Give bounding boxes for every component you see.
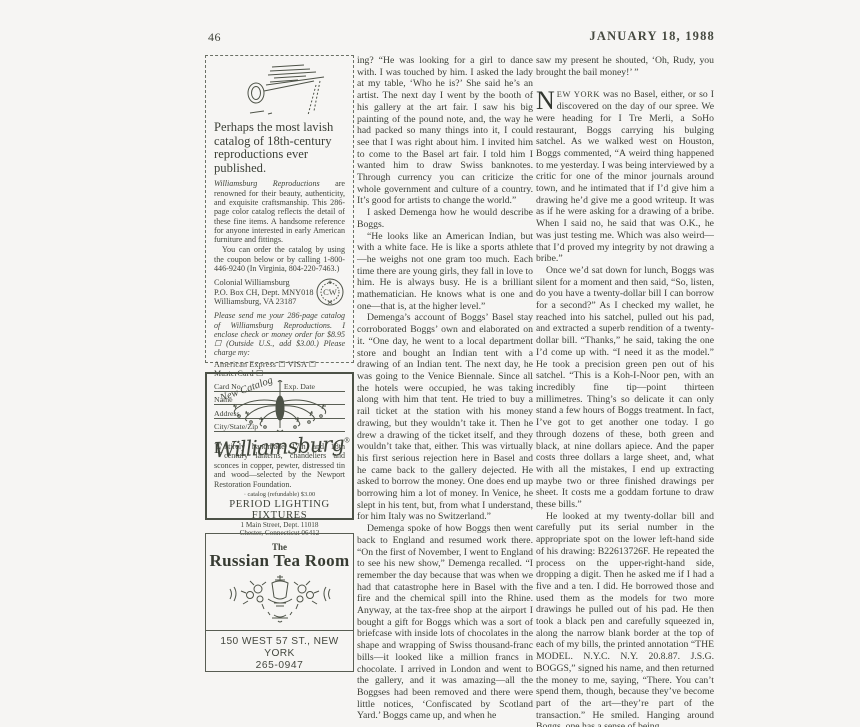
williamsburg-ad: Perhaps the most lavish catalog of 18th-…	[205, 55, 354, 363]
period-lighting-address1: 1 Main Street, Dept. 11018	[214, 521, 345, 530]
issue-date: JANUARY 18, 1988	[420, 29, 715, 44]
paragraph-text: was no Basel, either, or so I discovered…	[536, 89, 714, 264]
samovar-illustration-icon	[206, 570, 353, 628]
williamsburg-coupon-text: Please send me your 286-page catalog of …	[214, 311, 345, 357]
paragraph: Once we’d sat down for lunch, Boggs was …	[536, 265, 714, 511]
williamsburg-order-info: You can order the catalog by using the c…	[214, 245, 345, 273]
paragraph: I asked Demenga how he would describe Bo…	[357, 207, 533, 230]
williamsburg-body: Williamsburg Reproductions are renowned …	[214, 179, 345, 244]
drop-cap: N	[536, 89, 557, 111]
russian-tea-room-name: Russian Tea Room	[206, 552, 353, 570]
article-column-1: ing? “He was looking for a girl to dance…	[357, 55, 533, 722]
period-lighting-body-text: ntirely handmade 17th and 18th century l…	[214, 442, 345, 489]
williamsburg-address-line3: Williamsburg, VA 23187	[214, 297, 314, 307]
williamsburg-address-line1: Colonial Williamsburg	[214, 278, 314, 288]
williamsburg-address-line2: P.O. Box CH, Dept. MNY018	[214, 288, 314, 298]
paragraph: Demenga spoke of how Boggs then went bac…	[357, 523, 533, 722]
period-lighting-name: PERIOD LIGHTING FIXTURES	[214, 499, 345, 521]
williamsburg-seal-icon: CW	[315, 277, 345, 307]
period-lighting-body: Entirely handmade 17th and 18th century …	[214, 442, 345, 489]
lead-small-caps: EW YORK	[557, 90, 600, 99]
magazine-page: 46 JANUARY 18, 1988 Perhaps t	[0, 0, 860, 727]
russian-tea-room-phone: 265-0947	[206, 660, 353, 671]
williamsburg-address: Colonial Williamsburg P.O. Box CH, Dept.…	[214, 278, 314, 307]
williamsburg-headline: Perhaps the most lavish catalog of 18th-…	[214, 121, 345, 175]
paragraph: saw my present he shouted, ‘Oh, Rudy, yo…	[536, 55, 714, 78]
russian-tea-room-address: 150 WEST 57 ST., NEW YORK	[206, 636, 353, 660]
paragraph-with-dropcap: NEW YORK was no Basel, either, or so I d…	[536, 89, 714, 265]
period-lighting-ad: New Catalog	[205, 372, 354, 520]
ad-divider	[206, 630, 353, 631]
russian-tea-room-ad: The Russian Tea Room	[205, 533, 354, 672]
paragraph: “He looks like an American Indian, but w…	[357, 231, 533, 313]
paragraph: He looked at my twenty-dollar bill and c…	[536, 511, 714, 727]
catalog-price-note: · catalog (refundable) $3.00	[214, 491, 345, 498]
engraving-illustration-icon	[214, 60, 345, 120]
williamsburg-body-lead: Williamsburg Reproductions	[214, 179, 320, 188]
paragraph: ing? “He was looking for a girl to dance…	[357, 55, 533, 207]
svg-text:CW: CW	[323, 287, 337, 297]
initial-cap: E	[214, 442, 224, 457]
williamsburg-address-block: Colonial Williamsburg P.O. Box CH, Dept.…	[214, 277, 345, 307]
williamsburg-body-rest: are renowned for their beauty, authentic…	[214, 179, 345, 244]
article-column-2: saw my present he shouted, ‘Oh, Rudy, yo…	[536, 55, 714, 727]
page-number: 46	[208, 30, 221, 45]
paragraph: Demenga’s account of Boggs’ Basel stay c…	[357, 312, 533, 523]
ads-column: Perhaps the most lavish catalog of 18th-…	[205, 55, 354, 672]
